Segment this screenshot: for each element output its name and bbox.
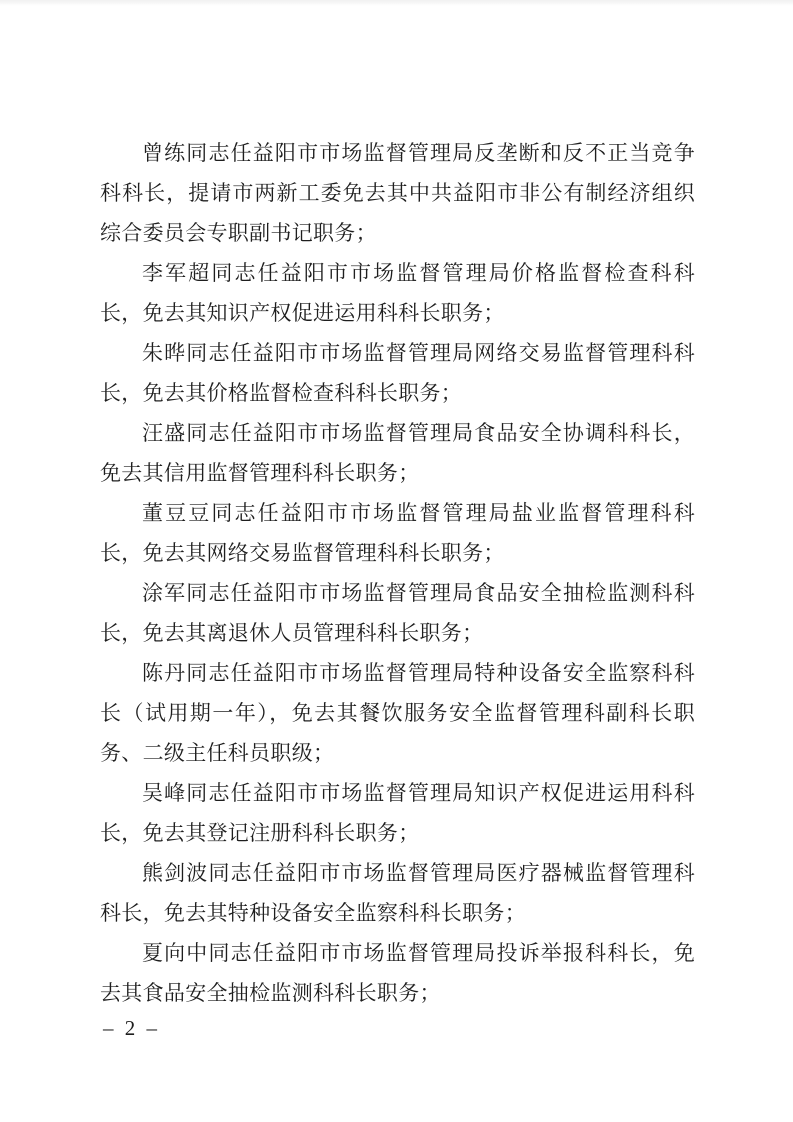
appointment-paragraph: 吴峰同志任益阳市市场监督管理局知识产权促进运用科科长，免去其登记注册科科长职务； [100,773,695,853]
appointment-paragraph: 涂军同志任益阳市市场监督管理局食品安全抽检监测科科长，免去其离退休人员管理科科长… [100,573,695,653]
appointment-paragraph: 曾练同志任益阳市市场监督管理局反垄断和反不正当竞争科科长，提请市两新工委免去其中… [100,133,695,253]
scan-top-shadow [0,0,793,6]
appointment-paragraph: 董豆豆同志任益阳市市场监督管理局盐业监督管理科科长，免去其网络交易监督管理科科长… [100,493,695,573]
page-number: – 2 – [103,1015,160,1041]
appointment-paragraph: 汪盛同志任益阳市市场监督管理局食品安全协调科科长，免去其信用监督管理科科长职务； [100,413,695,493]
appointment-paragraph: 朱晔同志任益阳市市场监督管理局网络交易监督管理科科长，免去其价格监督检查科科长职… [100,333,695,413]
appointment-paragraph: 熊剑波同志任益阳市市场监督管理局医疗器械监督管理科科长，免去其特种设备安全监察科… [100,853,695,933]
appointment-paragraph: 陈丹同志任益阳市市场监督管理局特种设备安全监察科科长（试用期一年），免去其餐饮服… [100,653,695,773]
document-page: 曾练同志任益阳市市场监督管理局反垄断和反不正当竞争科科长，提请市两新工委免去其中… [100,133,695,1013]
appointment-paragraph: 李军超同志任益阳市市场监督管理局价格监督检查科科长，免去其知识产权促进运用科科长… [100,253,695,333]
appointment-paragraph: 夏向中同志任益阳市市场监督管理局投诉举报科科长，免去其食品安全抽检监测科科长职务… [100,933,695,1013]
